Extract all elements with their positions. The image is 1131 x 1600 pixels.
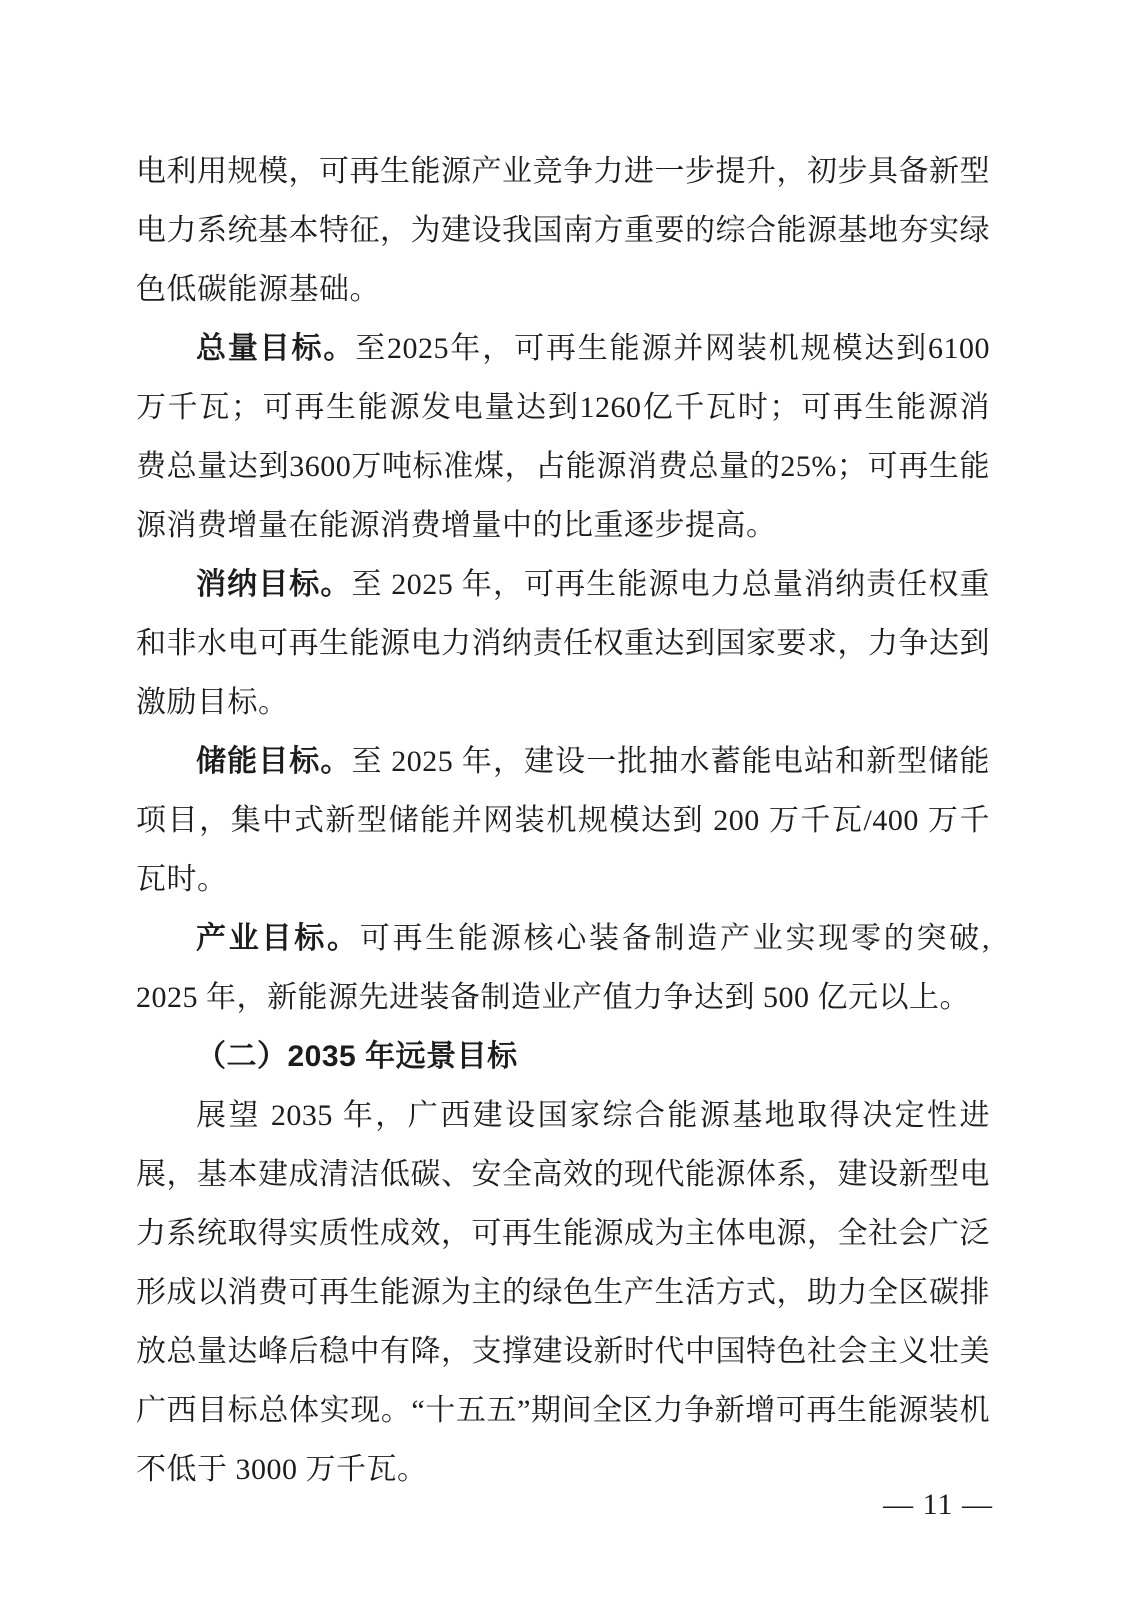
page-number: — 11 — [883, 1488, 993, 1522]
paragraph: 电利用规模，可再生能源产业竞争力进一步提升，初步具备新型电力系统基本特征，为建设… [136, 142, 990, 319]
document-page: 电利用规模，可再生能源产业竞争力进一步提升，初步具备新型电力系统基本特征，为建设… [0, 0, 1131, 1600]
paragraph: 展望 2035 年，广西建设国家综合能源基地取得决定性进展，基本建成清洁低碳、安… [136, 1086, 990, 1499]
paragraph: 产业目标。可再生能源核心装备制造产业实现零的突破, 2025 年，新能源先进装备… [136, 909, 990, 1027]
paragraph-lead: 总量目标。 [196, 332, 355, 365]
section-heading: （二）2035 年远景目标 [136, 1027, 990, 1086]
paragraph-lead: 储能目标。 [196, 745, 352, 778]
paragraph-lead: 消纳目标。 [196, 568, 352, 601]
paragraph: 消纳目标。至 2025 年，可再生能源电力总量消纳责任权重和非水电可再生能源电力… [136, 555, 990, 732]
document-body: 电利用规模，可再生能源产业竞争力进一步提升，初步具备新型电力系统基本特征，为建设… [136, 142, 990, 1499]
paragraph-lead: 产业目标。 [196, 922, 360, 955]
paragraph: 储能目标。至 2025 年，建设一批抽水蓄能电站和新型储能项目，集中式新型储能并… [136, 732, 990, 909]
heading-text: （二）2035 年远景目标 [196, 1040, 518, 1073]
paragraph: 总量目标。至2025年，可再生能源并网装机规模达到6100万千瓦；可再生能源发电… [136, 319, 990, 555]
